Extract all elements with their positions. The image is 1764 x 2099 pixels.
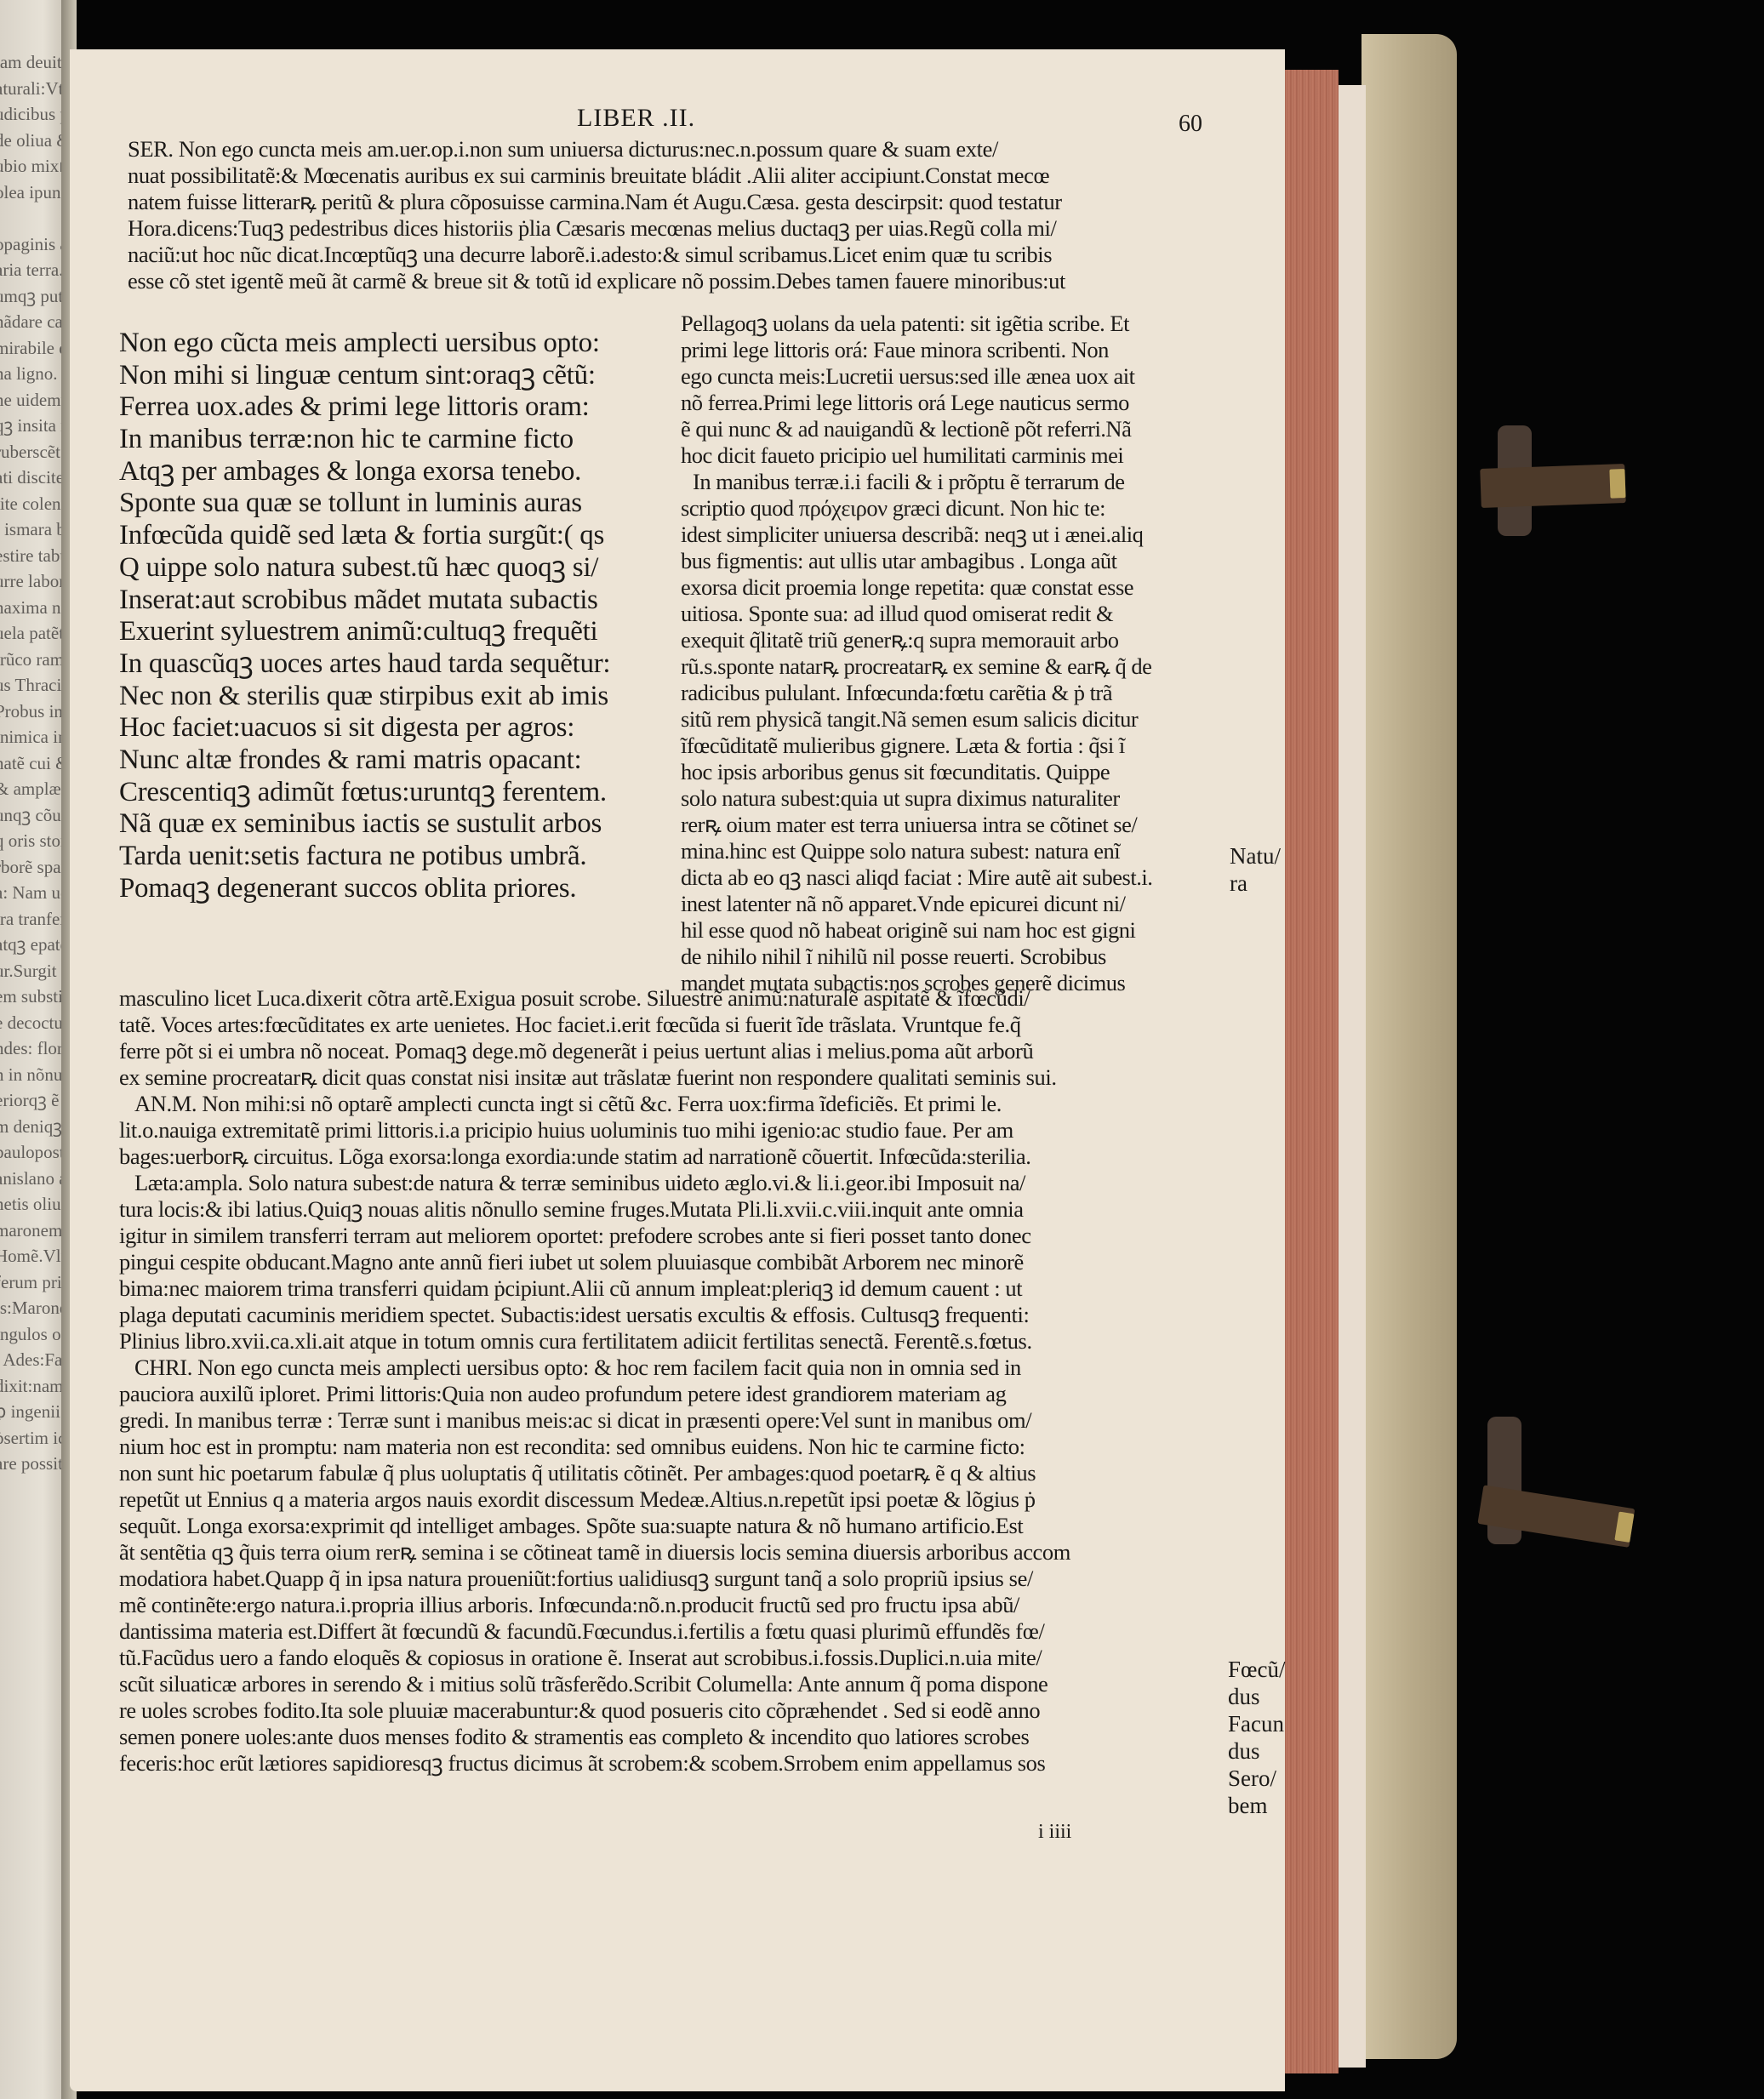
left-page-line: unqꝫ cõueit. [0,802,61,829]
commentary-line: ego cuncta meis:Lucretii uersus:sed ille… [681,363,1259,390]
left-page-line: inimica in ṗlia [0,724,61,750]
marginal-note-line: bem [1228,1792,1286,1819]
left-page-line: us Thraciæ mõs [0,672,61,699]
commentary-line: hil esse quod nõ habeat originẽ sui nam … [681,917,1259,944]
commentary-line: uitiosa. Sponte sua: ad illud quod omise… [681,601,1259,627]
marginal-note-natura: Natu/ra [1230,842,1281,897]
commentary-line: sitũ rem physicã tangit.Nã semen esum sa… [681,706,1259,733]
left-page-line: ruberscẽt com [0,439,61,465]
clasp-brass-tip [1609,469,1625,499]
left-page-line: aturali:Vt uinoq [0,76,61,102]
commentary-line: bages:uerborꝶ circuitus. Lõga exorsa:lon… [119,1144,1259,1170]
commentary-line: bima:nec maiorem trima transferri quidam… [119,1275,1259,1302]
commentary-line: hoc dicit faueto pricipio uel humilitati… [681,442,1259,469]
signature-mark: i iiii [1038,1821,1071,1844]
commentary-line: primi lege littoris orá: Faue minora scr… [681,337,1259,363]
left-page-line: q oris stoma [0,828,61,854]
commentary-line: naciũ:ut hoc nũc dicat.Incœptũqꝫ una dec… [128,242,1255,268]
commentary-line: natem fuisse litterarꝶ peritũ & plura cõ… [128,189,1255,215]
commentary-line: exequit q̃litatẽ triũ generꝶ:q supra mem… [681,627,1259,653]
left-page-line: ati discite cult [0,465,61,491]
commentary-line: hoc ipsis arboribus genus sit fœcunditat… [681,759,1259,785]
running-head: LIBER .II. [577,104,695,133]
left-page-line: uela patẽti. [0,620,61,647]
left-page-line: mirabile dictu [0,335,61,362]
commentary-line: esse cõ stet igentẽ meũ ãt carmẽ & breue… [128,268,1255,294]
commentary-line: AN.M. Non mihi:si nõ optarẽ amplecti cun… [119,1091,1259,1117]
commentary-line: In manibus terræ.i.i facili & i prõptu ẽ… [681,469,1259,495]
marginal-note-foecundus: Fœcũ/dusFacundusSero/bem [1228,1656,1286,1819]
verse-line: Ferrea uox.ades & primi lege littoris or… [119,391,672,424]
commentary-line: solo natura subest:quia ut supra diximus… [681,785,1259,812]
commentary-line: repetũt ut Ennius q a materia argos naui… [119,1486,1259,1513]
left-page-line: ndes: flores:fru [0,1035,61,1062]
commentary-line: plaga deputati cacuminis meridiem specte… [119,1302,1259,1328]
marginal-note-line: dus [1228,1737,1286,1765]
left-page-line: rborẽ spargi [0,854,61,881]
left-page-line: anislano ab hũanis [0,1166,61,1192]
commentary-line: de nihilo nihil ĩ nihilũ nil posse reuer… [681,944,1259,970]
verse-line: Infœcũda quidẽ sed læta & fortia surgũt:… [119,520,672,552]
commentary-line: ex semine procreatarꝶ dicit quas constat… [119,1064,1259,1091]
left-page-line: trũco ramo cõd [0,647,61,673]
facing-left-page: iam deuitibus dicaturali:Vt uinoqudicibu… [0,0,61,2099]
commentary-line: inest latenter nã nõ apparet.Vnde epicur… [681,891,1259,917]
folio-number: 60 [1179,111,1202,138]
marginal-note-line: Natu/ [1230,842,1281,870]
verse-line: Sponte sua quæ se tollunt in luminis aur… [119,488,672,520]
verse-line: Exuerint syluestrem animũ:cultuqꝫ frequẽ… [119,616,672,648]
commentary-line: semen ponere uoles:ante duos menses fodi… [119,1724,1259,1750]
commentary-line: Hora.dicens:Tuqꝫ pedestribus dices histo… [128,215,1255,242]
left-page-line [0,205,61,231]
left-page-line: ꝑ ingenii inopiã [0,1399,61,1425]
commentary-top: SER. Non ego cuncta meis am.uer.op.i.non… [128,136,1255,294]
commentary-line: Læta:ampla. Solo natura subest:de natura… [119,1170,1259,1196]
left-page-line: nãdare cacumi [0,309,61,335]
commentary-line: ferre põt si ei umbra nõ noceat. Pomaqꝫ … [119,1038,1259,1064]
commentary-line: masculino licet Luca.dixerit cõtra artẽ.… [119,985,1259,1012]
left-page-line: paulopost. Exsic [0,1139,61,1166]
commentary-line: igitur in similem transferri terram aut … [119,1223,1259,1249]
verse-line: Tarda uenit:setis factura ne potibus umb… [119,841,672,873]
vellum-binding [1362,34,1457,2059]
left-page-line: udicibus posuit [0,101,61,128]
commentary-line: nium hoc est in promptu: nam materia non… [119,1434,1259,1460]
left-page-line: aria terra. [0,257,61,283]
commentary-line: gredi. In manibus terræ : Terræ sunt i m… [119,1407,1259,1434]
commentary-line: nõ ferrea.Primi lege littoris orá Lege n… [681,390,1259,416]
left-page-line: ṗsertim ichoata ne [0,1425,61,1452]
left-page-line: urre laborem [0,568,61,595]
left-page-line: lite colendo: [0,491,61,517]
marginal-note-line: dus [1228,1683,1286,1710]
left-page-line: is:Maroneum ui/ [0,1295,61,1321]
left-page-line: ingulos octogenis [0,1321,61,1348]
clasp-brass-tip [1614,1512,1634,1543]
left-page-line: em substinet.Li [0,984,61,1010]
commentary-line: lit.o.nauiga extremitatẽ primi littoris.… [119,1117,1259,1144]
commentary-line: dantissima materia est.Differt ãt fœcund… [119,1618,1259,1645]
marginal-note-line: Sero/ [1228,1765,1286,1792]
verse-line: In quascũqꝫ uoces artes haud tarda sequẽ… [119,648,672,681]
commentary-line: pauciora auxilũ iploret. Primi littoris:… [119,1381,1259,1407]
left-page-line: dixit:nam decurre [0,1373,61,1400]
left-page-line: olea ipune uidem [0,180,61,206]
left-page-line: a: Nam uehe [0,880,61,906]
commentary-line: exorsa dicit proemia longe repetita: quæ… [681,574,1259,601]
verse-line: Nunc altæ frondes & rami matris opacant: [119,744,672,777]
left-page-line: Homẽ.Vlyxem ui [0,1243,61,1269]
left-page-line: estire taburni [0,543,61,569]
verse-line: Nec non & sterilis quæ stirpibus exit ab… [119,681,672,713]
marginal-note-line: Facun [1228,1710,1286,1737]
left-page-line: m deniqꝫ unde ra [0,1114,61,1140]
commentary-bottom: masculino licet Luca.dixerit cõtra artẽ.… [119,985,1259,1777]
left-page-line: umqꝫ putator [0,283,61,310]
commentary-line: re uoles scrobes fodito.Ita sole pluuiæ … [119,1697,1259,1724]
commentary-line: ẽ qui nunc & ad nauigandũ & lectionẽ põt… [681,416,1259,442]
left-page-line: atqꝫ epate.His [0,932,61,958]
verse-line: Pomaqꝫ degenerant succos oblita priores. [119,873,672,905]
verse-line: Crescentiqꝫ adimũt fœtus:uruntqꝫ ferente… [119,777,672,809]
verse-line: Hoc faciet:uacuos si sit digesta per agr… [119,712,672,744]
verse-line: Inserat:aut scrobibus mãdet mutata subac… [119,585,672,617]
left-page-line: ubio mixꝶ est. Tn [0,153,61,180]
left-page-line: na ligno. [0,361,61,387]
commentary-line: CHRI. Non ego cuncta meis amplecti uersi… [119,1355,1259,1381]
left-page-line: ne uidemus [0,387,61,414]
brass-clasp-top [1480,464,1626,508]
commentary-line: scriptio quod πρόχειρον græci dicunt. No… [681,495,1259,522]
commentary-line: sequũt. Longa exorsa:exprimit qd intelli… [119,1513,1259,1539]
commentary-line: ãt sentẽtia qꝫ q̃uis terra oium rerꝶ sem… [119,1539,1259,1566]
commentary-line: Pellagoqꝫ uolans da uela patenti: sit ig… [681,311,1259,337]
left-page-line: de oliua & myrto [0,128,61,154]
left-page-line: are possit.Contin [0,1451,61,1477]
commentary-line: idest simpliciter uniuersa describã: neq… [681,522,1259,548]
commentary-line: radicibus pululant. Infœcunda:fœtu carẽt… [681,680,1259,706]
commentary-line: tura locis:& ibi latius.Quiqꝫ nouas alit… [119,1196,1259,1223]
verse-line: Atqꝫ per ambages & longa exorsa tenebo. [119,456,672,488]
red-stained-page-edges [1281,70,1339,2073]
marginal-note-line: ra [1230,870,1281,897]
left-page-line: qꝫ insita mala [0,413,61,439]
left-page-line: ur.Surgit ab ra [0,958,61,984]
left-page-line: ferum primũ om [0,1269,61,1296]
commentary-line: modatiora habet.Quapp q̃ in ipsa natura … [119,1566,1259,1592]
verse-line: In manibus terræ:non hic te carmine fict… [119,424,672,456]
left-page-line: e decoctus & in [0,1010,61,1036]
left-page-line: . Ades:Faue.Nã tã [0,1347,61,1373]
commentary-line: mina.hinc est Quippe solo natura subest:… [681,838,1259,864]
left-page-line: Probus inquit: [0,699,61,725]
commentary-line: non sunt hic poetarum fabulæ q̃ plus uol… [119,1460,1259,1486]
left-page-line: eriorqꝫ ẽ librum [0,1087,61,1114]
commentary-line: scũt siluaticæ arbores in serendo & i mi… [119,1671,1259,1697]
commentary-line: Plinius libro.xvii.ca.xli.ait atque in t… [119,1328,1259,1355]
left-page-line: tra tranferun [0,906,61,933]
left-page-line: maronem ṗfectũ [0,1218,61,1244]
left-page-line: t ismara bacch [0,516,61,543]
left-page-text-fragments: iam deuitibus dicaturali:Vt uinoqudicibu… [0,49,61,1477]
left-page-line: naxima nostr [0,595,61,621]
commentary-right-column: Pellagoqꝫ uolans da uela patenti: sit ig… [681,311,1259,996]
commentary-line: tatẽ. Voces artes:fœcũditates ex arte ue… [119,1012,1259,1038]
left-page-line: opaginis arcus [0,231,61,258]
verse-line: Q uippe solo natura subest.tũ hæc quoqꝫ … [119,552,672,585]
commentary-line: bus figmentis: aut ullis utar ambagibus … [681,548,1259,574]
commentary-line: nuat possibilitatẽ:& Mœcenatis auribus e… [128,163,1255,189]
left-page-line: natẽ cui & to/ [0,750,61,777]
left-page-line: n in nõnullarum [0,1062,61,1088]
verse-text-georgics: Non ego cũcta meis amplecti uersibus opt… [119,328,672,904]
commentary-line: tũ.Facũdus uero a fando eloquẽs & copios… [119,1645,1259,1671]
endpaper-edge [1339,85,1366,2068]
commentary-line: SER. Non ego cuncta meis am.uer.op.i.non… [128,136,1255,163]
commentary-line: pingui cespite obducant.Magno ante annũ … [119,1249,1259,1275]
left-page-line: iam deuitibus dic [0,49,61,76]
commentary-line: dicta ab eo qꝫ nasci aliqd faciat : Mire… [681,864,1259,891]
verse-line: Non ego cũcta meis amplecti uersibus opt… [119,328,672,360]
commentary-line: ĩfœcũditatẽ mulieribus gignere. Læta & f… [681,733,1259,759]
left-page-line: & amplæ ma [0,776,61,802]
commentary-line: mẽ continẽte:ergo natura.i.propria illiu… [119,1592,1259,1618]
commentary-line: feceris:hoc erũt lætiores sapidioresqꝫ f… [119,1750,1259,1777]
commentary-line: rerꝶ oium mater est terra uniuersa intra… [681,812,1259,838]
commentary-line: rũ.s.sponte natarꝶ procreatarꝶ ex semine… [681,653,1259,680]
left-page-line: netis oliuetisqꝫ spe [0,1191,61,1218]
verse-line: Non mihi si linguæ centum sint:oraqꝫ cẽt… [119,360,672,392]
marginal-note-line: Fœcũ/ [1228,1656,1286,1683]
verse-line: Nã quæ ex seminibus iactis se sustulit a… [119,808,672,841]
